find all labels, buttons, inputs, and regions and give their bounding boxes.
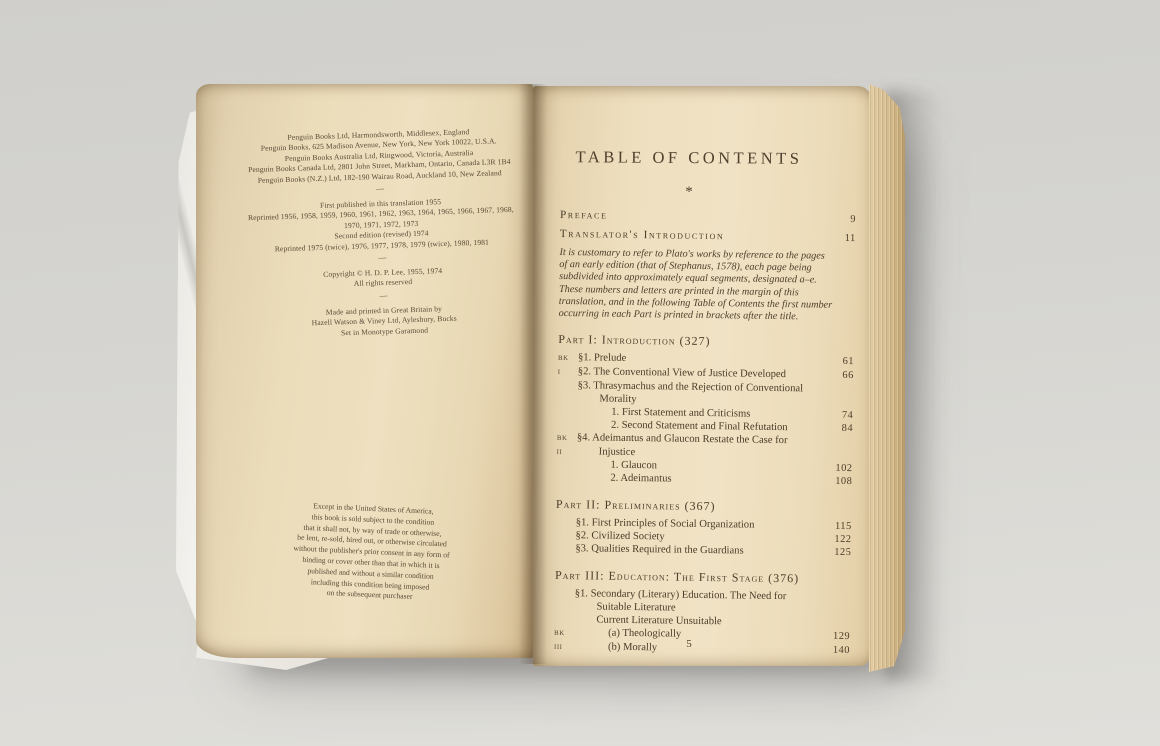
book-photo-scene: Penguin Books Ltd, Harmondsworth, Middle…	[0, 0, 1160, 746]
toc-page-number: 84	[836, 423, 854, 436]
toc-entry: Injustice	[599, 446, 636, 459]
book-margin-note: II	[557, 446, 577, 459]
toc-entry: §1. Prelude	[578, 352, 626, 366]
toc-page-number: 102	[829, 463, 852, 476]
toc-entry: 2. Adeimantus	[610, 473, 671, 487]
toc-page-number: 115	[829, 521, 852, 534]
printer-info: Made and printed in Great Britain byHaze…	[244, 301, 524, 341]
toc-section: Part I: Introduction (327)BK§1. Prelude6…	[556, 332, 854, 489]
page-block-edge	[869, 84, 905, 672]
toc-entry-row: Translator's Introduction11	[560, 225, 856, 248]
book-margin-note: BK	[558, 353, 578, 366]
stephanus-note: It is customary to refer to Plato's work…	[559, 247, 856, 324]
publisher-addresses: Penguin Books Ltd, Harmondsworth, Middle…	[239, 126, 519, 187]
sale-conditions: Except in the United States of America,t…	[246, 498, 497, 606]
star-ornament: *	[533, 184, 845, 201]
imprint-block: Penguin Books Ltd, Harmondsworth, Middle…	[239, 126, 524, 342]
toc-entry: Suitable Literature	[596, 601, 675, 615]
toc-page-number: 66	[836, 370, 854, 383]
toc-page-number: 125	[828, 547, 851, 560]
book-margin-note: I	[558, 367, 578, 380]
toc-page-number: 11	[839, 229, 856, 248]
page-number: 5	[533, 638, 845, 650]
part-heading: Part III: Education: The First Stage (37…	[555, 568, 851, 587]
toc-entry-row: 2. Adeimantus108	[556, 472, 852, 489]
toc-entry: 1. Glaucon	[610, 460, 657, 474]
printing-history: First published in this translation 1955…	[241, 195, 521, 256]
toc-entry: Morality	[599, 393, 636, 406]
toc-entry: §3. Qualities Required in the Guardians	[575, 543, 743, 558]
toc-entry-row: §3. Qualities Required in the Guardians1…	[555, 543, 851, 560]
toc-page-number: 108	[829, 476, 852, 489]
toc-page-number: 122	[828, 534, 851, 547]
left-page: Penguin Books Ltd, Harmondsworth, Middle…	[196, 84, 533, 658]
toc-page-number: 9	[844, 210, 856, 229]
part-heading: Part I: Introduction (327)	[558, 332, 854, 351]
toc-title: TABLE OF CONTENTS	[533, 147, 845, 169]
right-page: TABLE OF CONTENTS * Preface9Translator's…	[533, 86, 871, 666]
toc-entry: §2. Civilized Society	[575, 530, 664, 544]
toc-page-number: 74	[836, 410, 854, 423]
toc-entry: Translator's Introduction	[560, 225, 725, 246]
toc-entry: Preface	[560, 206, 608, 226]
toc-page-number: 61	[837, 356, 855, 369]
part-heading: Part II: Preliminaries (367)	[556, 497, 852, 516]
toc-section: Part II: Preliminaries (367)§1. First Pr…	[555, 497, 852, 560]
table-of-contents: Preface9Translator's Introduction11It is…	[554, 206, 856, 659]
book-margin-note: BK	[557, 433, 577, 446]
